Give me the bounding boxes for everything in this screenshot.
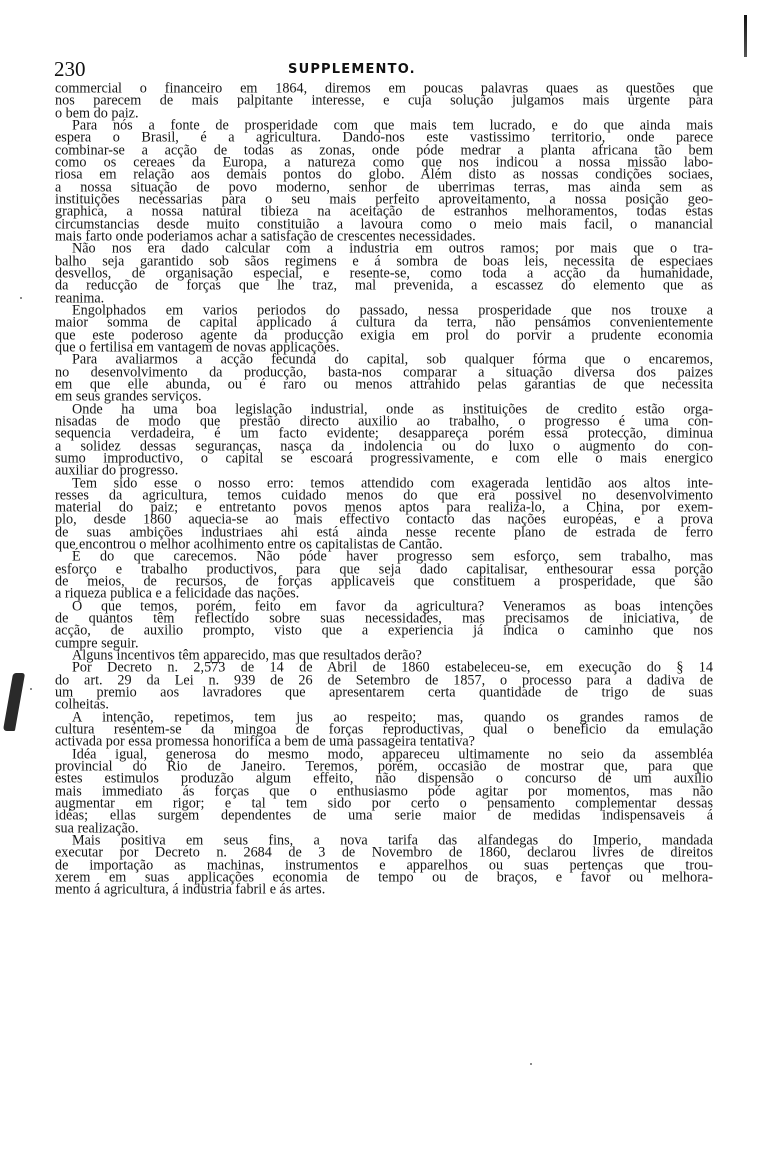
text-line: nos parecem de mais palpitante interesse… [55, 94, 713, 107]
text-line: acção, de auxilio prompto, visto que a e… [55, 624, 713, 637]
scan-edge-mark [744, 15, 747, 57]
scanned-book-page: 230 SUPPLEMENTO. commercial o financeiro… [0, 0, 757, 1153]
scan-speck [20, 297, 22, 299]
scan-thumb-artifact [3, 673, 25, 731]
running-head: SUPPLEMENTO. [288, 62, 416, 77]
body-text: commercial o financeiro em 1864, diremos… [55, 82, 713, 896]
scan-speck [530, 1063, 532, 1065]
text-line: mento á agricultura, á industria fabril … [55, 883, 713, 896]
text-line: idéas; ellas surgem dependentes de uma s… [55, 809, 713, 822]
text-line: da reducção de forças que lhe traz, mal … [55, 279, 713, 292]
page-number: 230 [54, 58, 86, 80]
scan-speck [30, 688, 32, 690]
